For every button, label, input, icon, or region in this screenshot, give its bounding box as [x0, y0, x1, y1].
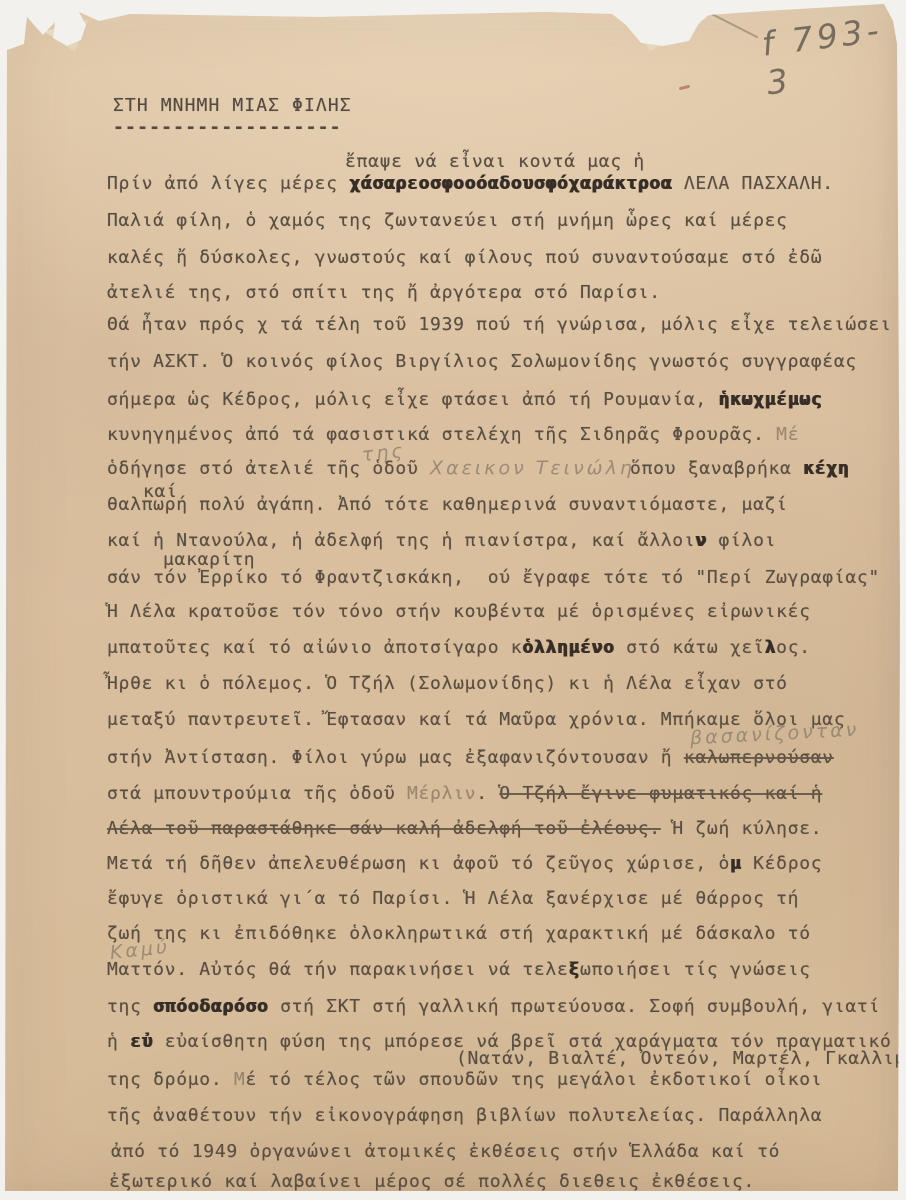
- text-line: στά μπουντρούμια τῆς ὁδοῦ Μέρλιν. Ὁ Τζήλ…: [107, 782, 822, 806]
- torn-edge-flap-left: [44, 20, 88, 52]
- text-segment-typed: έ τό τέλος τῶν σπουδῶν της μεγάλοι ἐκδοτ…: [245, 1069, 822, 1090]
- text-segment-typed: Μετά τή δῆθεν ἀπελευθέρωση κι ἀφοῦ τό ζε…: [107, 853, 730, 874]
- text-line: της σπόοδαρόσο στή ΣΚΤ στή γαλλική πρωτε…: [107, 995, 880, 1019]
- text-line: ἔφυγε ὁριστικά γι΄α τό Παρίσι. Ἡ Λέλα ξα…: [107, 887, 799, 911]
- text-segment-typed: σήμερα ὡς Κέδρος, μόλις εἶχε φτάσει ἀπό …: [107, 389, 718, 410]
- text-segment-typed: ἀπό τό 1949 ὀργανώνει ἀτομικές ἐκθέσεις …: [111, 1141, 780, 1162]
- text-line: ὁδήγησε στό ἀτελιέ τῆς ὁδοῦ Χαεικον Τειν…: [107, 456, 849, 481]
- text-line: Ματτόν. Αὐτός θά τήν παρακινήσει νά τελε…: [107, 958, 811, 982]
- text-line: μπατοῦτες καί τό αἰώνιο ἀποτσίγαρο κὁλλη…: [107, 636, 811, 660]
- text-segment-typed: Θά ἦταν πρός χ τά τέλη τοῦ 1939 πού τή γ…: [107, 314, 892, 335]
- text-line: ἀπό τό 1949 ὀργανώνει ἀτομικές ἐκθέσεις …: [111, 1140, 780, 1164]
- text-segment-faint: Μ: [234, 1069, 246, 1090]
- paper-sheet: f 793-3 ΣΤΗ ΜΝΗΜΗ ΜΙΑΣ ΦΙΛΗΣ -----------…: [0, 0, 906, 1200]
- text-segment-typed: φίλοι: [707, 530, 776, 551]
- text-line: ζωή της κι ἐπιδόθηκε ὁλοκληρωτικά στή χα…: [107, 922, 811, 946]
- text-segment-typed: στό κάτω χεῖ: [615, 637, 765, 658]
- text-segment-typed: ωποιήσει τίς γνώσεις: [580, 959, 811, 980]
- scanned-document-page: { "document": { "archive_number": "f 793…: [0, 0, 906, 1200]
- text-segment-typed: κυνηγημένος ἀπό τά φασιστικά στελέχη τῆς…: [107, 424, 776, 445]
- text-segment-struck: Ὁ Τζήλ ἔγινε φυματικός καί ἡ: [499, 783, 822, 804]
- text-segment-overtype: κέχη: [803, 458, 849, 479]
- text-segment-overtype: εὐ: [130, 1031, 153, 1052]
- title-underline: -------------------: [113, 116, 342, 140]
- text-line: θαλπωρή πολύ ἀγάπη. Ἀπό τότε καθημερινά …: [107, 493, 788, 517]
- text-segment-overtype: λ: [765, 637, 777, 658]
- archive-number-annotation: f 793-3: [760, 8, 906, 103]
- text-segment-typed: θαλπωρή πολύ ἀγάπη. Ἀπό τότε καθημερινά …: [107, 494, 788, 515]
- ink-speck: [679, 85, 690, 91]
- text-line: κυνηγημένος ἀπό τά φασιστικά στελέχη τῆς…: [107, 423, 799, 447]
- text-segment-typed: Παλιά φίλη, ὁ χαμός της ζωντανεύει στή μ…: [107, 210, 788, 231]
- text-segment-typed: Ἦρθε κι ὁ πόλεμος. Ὁ Τζήλ (Σολωμονίδης) …: [107, 673, 788, 694]
- text-line: Ἦρθε κι ὁ πόλεμος. Ὁ Τζήλ (Σολωμονίδης) …: [107, 672, 788, 696]
- text-line: Παλιά φίλη, ὁ χαμός της ζωντανεύει στή μ…: [107, 209, 788, 233]
- text-segment-typed: ὅπου ξαναβρήκα: [630, 458, 803, 479]
- text-line: σήμερα ὡς Κέδρος, μόλις εἶχε φτάσει ἀπό …: [107, 388, 822, 412]
- text-segment-typed: ος.: [776, 637, 811, 658]
- text-segment-overtype: χάσαρεοσφοοόαδουσφόχαράκτροα: [349, 173, 672, 194]
- text-line: στήν Ἀντίσταση. Φίλοι γύρω μας ἐξαφανιζό…: [107, 746, 834, 770]
- text-segment-pencil: Χαεικον Τεινώλη: [430, 456, 630, 480]
- torn-edge-flap-right: [628, 13, 702, 51]
- text-segment-typed: ἐξωτερικό καί λαβαίνει μέρος σέ πολλές δ…: [109, 1171, 755, 1192]
- crease-mark: [711, 13, 758, 38]
- text-line: σάν τόν Ἐρρίκο τό Φραντζισκάκη, ού ἔγραφ…: [107, 566, 880, 590]
- text-segment-typed: στήν Ἀντίσταση. Φίλοι γύρω μας ἐξαφανιζό…: [107, 747, 684, 768]
- text-segment-typed: .: [476, 783, 499, 804]
- text-line: καλές ἤ δύσκολες, γνωστούς καί φίλους πο…: [107, 246, 822, 270]
- text-segment-typed: ἡ: [107, 1031, 130, 1052]
- text-segment-overtype: ὁλλημένο: [522, 637, 614, 658]
- text-segment-typed: ΛΕΛΑ ΠΑΣΧΑΛΗ.: [672, 173, 834, 194]
- text-segment-typed: στή ΣΚΤ στή γαλλική πρωτεύουσα. Σοφή συμ…: [269, 996, 880, 1017]
- text-segment-overtype: σπόοδαρόσο: [153, 996, 268, 1017]
- text-segment-typed: (Νατάν, Βιαλτέ, Ὀντεόν, Μαρτέλ, Γκαλλιμά…: [456, 1048, 906, 1069]
- text-segment-typed: Πρίν ἀπό λίγες μέρες: [107, 173, 349, 194]
- text-segment-typed: Ἡ ζωή κύλησε.: [661, 818, 823, 839]
- text-segment-typed: ζωή της κι ἐπιδόθηκε ὁλοκληρωτικά στή χα…: [107, 923, 811, 944]
- text-segment-overtype: ν: [695, 530, 707, 551]
- text-line: ἐξωτερικό καί λαβαίνει μέρος σέ πολλές δ…: [109, 1170, 755, 1194]
- text-line: Μετά τή δῆθεν ἀπελευθέρωση κι ἀφοῦ τό ζε…: [107, 852, 822, 876]
- text-segment-overtype: μ: [730, 853, 742, 874]
- text-segment-overtype: ξ: [568, 959, 580, 980]
- text-segment-typed: της: [107, 996, 153, 1017]
- text-line: Θά ἦταν πρός χ τά τέλη τοῦ 1939 πού τή γ…: [107, 313, 892, 337]
- text-segment-typed: τῆς ἀναθέτουν τήν εἰκονογράφηση βιβλίων …: [107, 1105, 822, 1126]
- text-segment-overtype: ἡκωχμέμως: [718, 389, 822, 410]
- text-segment-typed: στά μπουντρούμια τῆς ὁδοῦ: [107, 783, 407, 804]
- text-segment-typed: σάν τόν Ἐρρίκο τό Φραντζισκάκη, ού ἔγραφ…: [107, 567, 880, 588]
- text-line: της δρόμο. Μέ τό τέλος τῶν σπουδῶν της μ…: [107, 1068, 822, 1092]
- text-line: Λέλα τοῦ παραστάθηκε σάν καλή ἀδελφή τοῦ…: [107, 817, 822, 841]
- text-segment-typed: Ματτόν. Αὐτός θά τήν παρακινήσει νά τελε: [107, 959, 568, 980]
- text-segment-typed: καλές ἤ δύσκολες, γνωστούς καί φίλους πο…: [107, 247, 822, 268]
- text-segment-typed: μπατοῦτες καί τό αἰώνιο ἀποτσίγαρο κ: [107, 637, 522, 658]
- text-line: ἀτελιέ της, στό σπίτι της ἤ ἀργότερα στό…: [107, 281, 661, 305]
- text-segment-typed: ἔπαψε νά εἶναι κοντά μας ἡ: [345, 151, 645, 172]
- text-segment-struck: Λέλα τοῦ παραστάθηκε σάν καλή ἀδελφή τοῦ…: [107, 818, 661, 839]
- text-segment-faint: Μέ: [776, 424, 799, 445]
- text-segment-typed: ἔφυγε ὁριστικά γι΄α τό Παρίσι. Ἡ Λέλα ξα…: [107, 888, 799, 909]
- text-segment-struck: καλωπερνούσαν: [684, 747, 834, 768]
- text-segment-typed: Κέδρος: [742, 853, 823, 874]
- text-segment-typed: τήν ΑΣΚΤ. Ὁ κοινός φίλος Βιργίλιος Σολωμ…: [107, 351, 857, 372]
- text-line: τήν ΑΣΚΤ. Ὁ κοινός φίλος Βιργίλιος Σολωμ…: [107, 350, 857, 374]
- text-segment-typed: της δρόμο.: [107, 1069, 234, 1090]
- text-segment-typed: Ἡ Λέλα κρατοῦσε τόν τόνο στήν κουβέντα μ…: [107, 601, 811, 622]
- document-title: ΣΤΗ ΜΝΗΜΗ ΜΙΑΣ ΦΙΛΗΣ: [113, 94, 352, 118]
- text-line: Ἡ Λέλα κρατοῦσε τόν τόνο στήν κουβέντα μ…: [107, 600, 811, 624]
- text-segment-faint: Μέρλιν: [407, 783, 476, 804]
- text-segment-typed: ἀτελιέ της, στό σπίτι της ἤ ἀργότερα στό…: [107, 282, 661, 303]
- text-line: Πρίν ἀπό λίγες μέρες χάσαρεοσφοοόαδουσφό…: [107, 172, 834, 196]
- text-segment-typed: ὁδήγησε στό ἀτελιέ τῆς ὁδοῦ: [107, 458, 430, 479]
- text-line: τῆς ἀναθέτουν τήν εἰκονογράφηση βιβλίων …: [107, 1104, 822, 1128]
- interlinear-insertion: ἔπαψε νά εἶναι κοντά μας ἡ: [345, 150, 645, 174]
